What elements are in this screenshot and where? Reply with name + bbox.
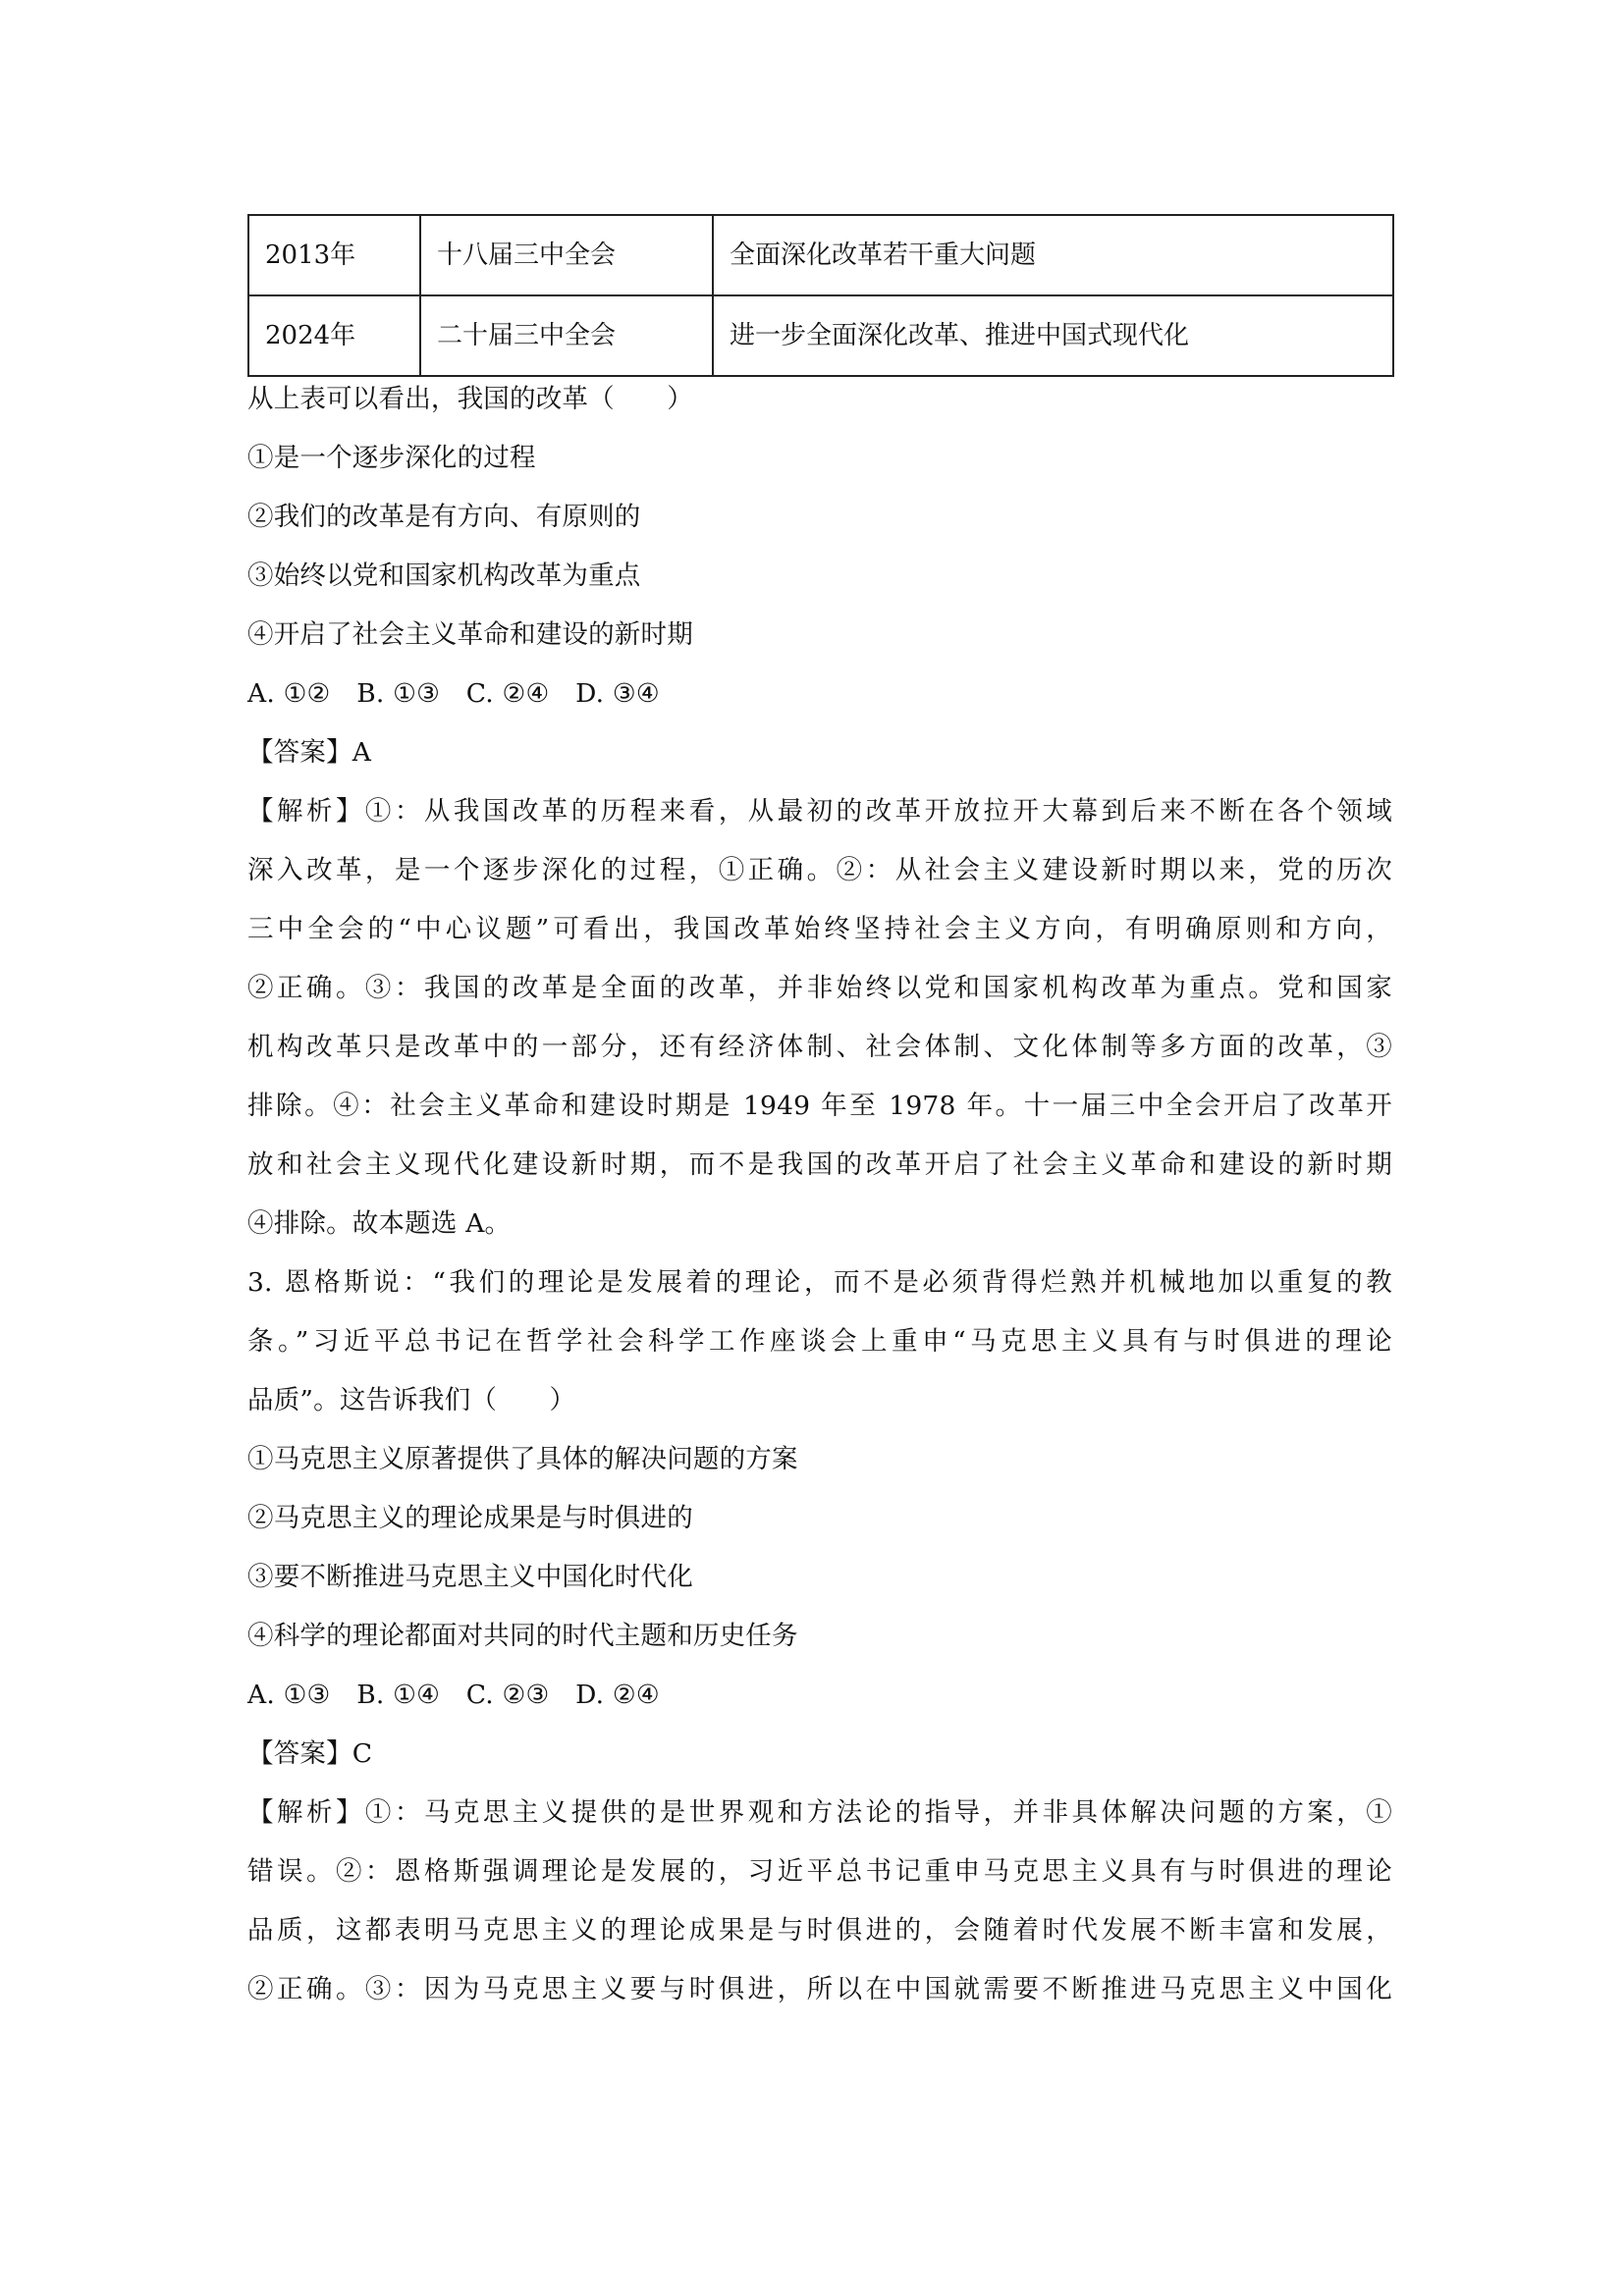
- option-item: ④科学的理论都面对共同的时代主题和历史任务: [247, 1622, 1392, 1651]
- question-stem: 条。”习近平总书记在哲学社会科学工作座谈会上重申“马克思主义具有与时俱进的理论: [247, 1327, 1392, 1357]
- analysis-line: ④排除。故本题选 A。: [247, 1209, 1392, 1239]
- option-item: ③要不断推进马克思主义中国化时代化: [247, 1563, 1392, 1592]
- analysis-line: 深入改革，是一个逐步深化的过程，①正确。②：从社会主义建设新时期以来，党的历次: [247, 856, 1392, 885]
- analysis-line: 品质，这都表明马克思主义的理论成果是与时俱进的，会随着时代发展不断丰富和发展，: [247, 1916, 1392, 1946]
- question-3: 3. 恩格斯说：“我们的理论是发展着的理论，而不是必须背得烂熟并机械地加以重复的…: [247, 1268, 1392, 2004]
- analysis-line: ②正确。③：我国的改革是全面的改革，并非始终以党和国家机构改革为重点。党和国家: [247, 974, 1392, 1003]
- question-stem: 品质”。这告诉我们（ ）: [247, 1386, 1392, 1415]
- answer-choices: A. ①② B. ①③ C. ②④ D. ③④: [247, 679, 1392, 709]
- option-item: ④开启了社会主义革命和建设的新时期: [247, 620, 1392, 650]
- document-page: 2013年 十八届三中全会 全面深化改革若干重大问题 2024年 二十届三中全会…: [247, 214, 1392, 2004]
- table-cell-session: 二十届三中全会: [420, 295, 713, 376]
- answer-label: 【答案】C: [247, 1739, 1392, 1769]
- reform-plenum-table: 2013年 十八届三中全会 全面深化改革若干重大问题 2024年 二十届三中全会…: [247, 214, 1394, 377]
- analysis-line: 排除。④：社会主义革命和建设时期是 1949 年至 1978 年。十一届三中全会…: [247, 1092, 1392, 1121]
- analysis-line: 错误。②：恩格斯强调理论是发展的，习近平总书记重申马克思主义具有与时俱进的理论: [247, 1857, 1392, 1887]
- table-row: 2024年 二十届三中全会 进一步全面深化改革、推进中国式现代化: [248, 295, 1393, 376]
- table-cell-topic: 全面深化改革若干重大问题: [713, 215, 1393, 295]
- option-item: ②我们的改革是有方向、有原则的: [247, 503, 1392, 532]
- option-item: ①马克思主义原著提供了具体的解决问题的方案: [247, 1445, 1392, 1474]
- answer-choices: A. ①③ B. ①④ C. ②③ D. ②④: [247, 1681, 1392, 1710]
- option-item: ①是一个逐步深化的过程: [247, 444, 1392, 473]
- table-cell-year: 2013年: [248, 215, 420, 295]
- question-2: 从上表可以看出，我国的改革（ ） ①是一个逐步深化的过程 ②我们的改革是有方向、…: [247, 385, 1392, 1239]
- table-cell-topic: 进一步全面深化改革、推进中国式现代化: [713, 295, 1393, 376]
- table-row: 2013年 十八届三中全会 全面深化改革若干重大问题: [248, 215, 1393, 295]
- analysis-line: 三中全会的“中心议题”可看出，我国改革始终坚持社会主义方向，有明确原则和方向，: [247, 915, 1392, 944]
- question-stem: 3. 恩格斯说：“我们的理论是发展着的理论，而不是必须背得烂熟并机械地加以重复的…: [247, 1268, 1392, 1298]
- option-item: ③始终以党和国家机构改革为重点: [247, 561, 1392, 591]
- answer-label: 【答案】A: [247, 738, 1392, 768]
- analysis-line: 机构改革只是改革中的一部分，还有经济体制、社会体制、文化体制等多方面的改革，③: [247, 1033, 1392, 1062]
- table-cell-year: 2024年: [248, 295, 420, 376]
- analysis-line: 放和社会主义现代化建设新时期，而不是我国的改革开启了社会主义革命和建设的新时期: [247, 1150, 1392, 1180]
- analysis-line: ②正确。③：因为马克思主义要与时俱进，所以在中国就需要不断推进马克思主义中国化: [247, 1975, 1392, 2004]
- analysis-line: 【解析】①：从我国改革的历程来看，从最初的改革开放拉开大幕到后来不断在各个领域: [247, 797, 1392, 827]
- analysis-line: 【解析】①：马克思主义提供的是世界观和方法论的指导，并非具体解决问题的方案，①: [247, 1798, 1392, 1828]
- option-item: ②马克思主义的理论成果是与时俱进的: [247, 1504, 1392, 1533]
- question-stem: 从上表可以看出，我国的改革（ ）: [247, 385, 1392, 414]
- table-cell-session: 十八届三中全会: [420, 215, 713, 295]
